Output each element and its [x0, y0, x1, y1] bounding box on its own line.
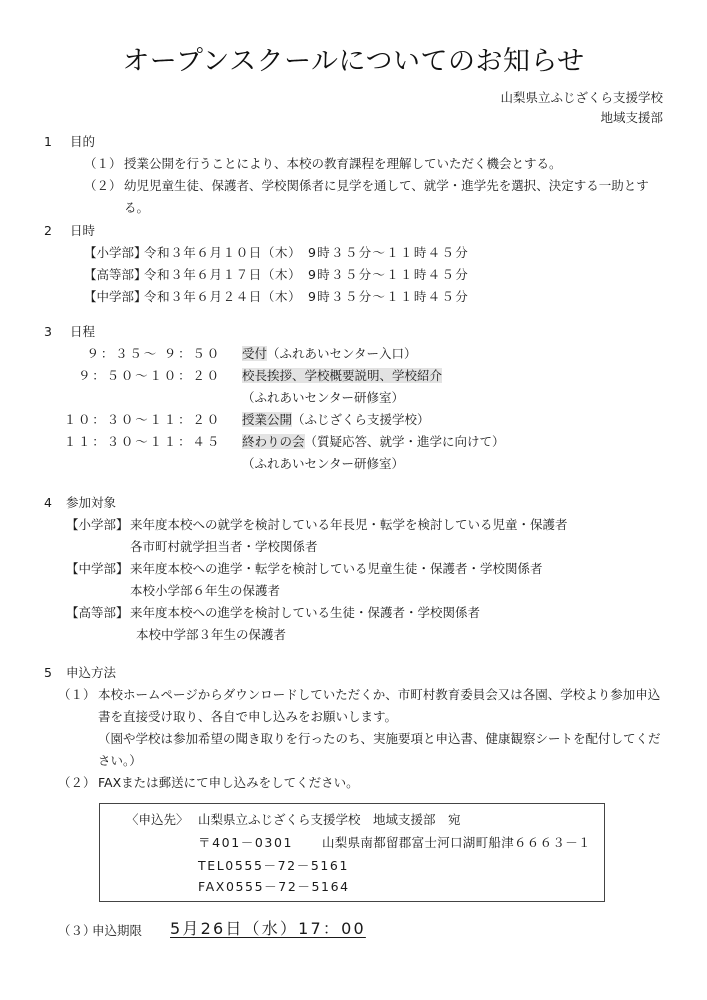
section-3-heading: 日程: [70, 326, 95, 339]
participant-line2: 各市町村就学担当者・学校関係者: [130, 541, 318, 554]
application-2-marker: （２）: [58, 777, 96, 790]
section-2-heading: 日時: [70, 225, 95, 238]
schedule-detail: （ふじざくら支援学校）: [292, 412, 430, 427]
issuer-department: 地域支援部: [600, 112, 663, 125]
schedule-detail: （質疑応答、就学・進学に向けて）: [305, 434, 505, 449]
contact-postal: 〒401－0301: [198, 837, 293, 850]
participant-dept: 【小学部】: [66, 519, 129, 532]
contact-address: 山梨県南都留郡富士河口湖町船津６６６３－１: [322, 837, 591, 850]
purpose-1-marker: （１）: [84, 158, 122, 171]
participant-line2: 本校中学部３年生の保護者: [136, 629, 286, 642]
datetime-row-date: 令和３年６月２４日（木）: [144, 291, 301, 304]
section-1-heading: 目的: [70, 136, 95, 149]
purpose-1-text: 授業公開を行うことにより、本校の教育課程を理解していただく機会とする。: [124, 158, 562, 171]
schedule-event: 校長挨拶、学校概要説明、学校紹介: [242, 368, 442, 383]
application-1-marker: （１）: [58, 689, 96, 702]
datetime-row-date: 令和３年６月１７日（木）: [144, 269, 301, 282]
purpose-2-text: 幼児児童生徒、保護者、学校関係者に見学を通して、就学・進学先を選択、決定する一助…: [124, 180, 649, 193]
section-2-number: 2: [44, 225, 52, 238]
schedule-time: ９：３５～ ９：５０: [87, 348, 221, 361]
schedule-event: 終わりの会: [242, 434, 305, 449]
purpose-2-marker: （２）: [84, 180, 122, 193]
schedule-event: 授業公開: [242, 412, 292, 427]
participant-dept: 【中学部】: [66, 563, 129, 576]
section-5-heading: 申込方法: [66, 667, 116, 680]
datetime-row-dept: 【小学部】: [84, 247, 147, 260]
section-4-number: 4: [44, 497, 52, 510]
contact-tel: TEL0555－72－5161: [198, 860, 349, 873]
section-1-number: 1: [44, 136, 52, 149]
datetime-row-time: 9時３５分～１１時４５分: [308, 247, 469, 260]
schedule-item: 校長挨拶、学校概要説明、学校紹介: [242, 370, 442, 383]
participant-line1: 来年度本校への就学を検討している年長児・転学を検討している児童・保護者: [130, 519, 568, 532]
schedule-item: 終わりの会（質疑応答、就学・進学に向けて）: [242, 436, 505, 449]
application-1-line2: 書を直接受け取り、各自で申し込みをお願いします。: [98, 711, 397, 724]
datetime-row-time: 9時３５分～１１時４５分: [308, 291, 469, 304]
schedule-time: １１：３０～１１：４５: [64, 436, 221, 449]
application-2-text: FAXまたは郵送にて申し込みをしてください。: [98, 777, 359, 790]
section-3-number: 3: [44, 326, 52, 339]
schedule-detail: （ふれあいセンター入口）: [267, 346, 417, 361]
deadline-value: 5月26日（水）17：00: [170, 921, 366, 937]
purpose-2-cont: る。: [124, 202, 149, 215]
section-5-number: 5: [44, 667, 52, 680]
participant-dept: 【高等部】: [66, 607, 129, 620]
schedule-sub: （ふれあいセンター研修室）: [242, 392, 404, 405]
participant-line1: 来年度本校への進学・転学を検討している児童生徒・保護者・学校関係者: [130, 563, 543, 576]
schedule-item: 授業公開（ふじざくら支援学校）: [242, 414, 430, 427]
issuer-school: 山梨県立ふじざくら支援学校: [500, 92, 663, 105]
document-title: オープンスクールについてのお知らせ: [0, 48, 707, 75]
participant-line1: 来年度本校への進学を検討している生徒・保護者・学校関係者: [130, 607, 480, 620]
schedule-time: ９：５０～１０：２０: [78, 370, 221, 383]
deadline-label: 申込期限: [92, 925, 142, 938]
schedule-event: 受付: [242, 346, 267, 361]
contact-addressee: 山梨県立ふじざくら支援学校 地域支援部 宛: [198, 814, 461, 827]
application-1-line1: 本校ホームページからダウンロードしていただくか、市町村教育委員会又は各園、学校よ…: [98, 689, 660, 702]
schedule-time: １０：３０～１１：２０: [64, 414, 221, 427]
section-4-heading: 参加対象: [66, 497, 116, 510]
application-1-note1: （園や学校は参加希望の聞き取りを行ったのち、実施要項と申込書、健康観察シートを配…: [98, 733, 661, 746]
participant-line2: 本校小学部６年生の保護者: [130, 585, 280, 598]
application-1-note2: さい。）: [98, 755, 142, 768]
contact-label: 〈申込先〉: [126, 814, 189, 827]
datetime-row-date: 令和３年６月１０日（木）: [144, 247, 301, 260]
schedule-item: 受付（ふれあいセンター入口）: [242, 348, 417, 361]
datetime-row-dept: 【中学部】: [84, 291, 147, 304]
schedule-sub: （ふれあいセンター研修室）: [242, 458, 404, 471]
application-3-marker: （３）: [58, 925, 96, 938]
datetime-row-dept: 【高等部】: [84, 269, 147, 282]
datetime-row-time: 9時３５分～１１時４５分: [308, 269, 469, 282]
contact-fax: FAX0555－72－5164: [198, 881, 350, 894]
